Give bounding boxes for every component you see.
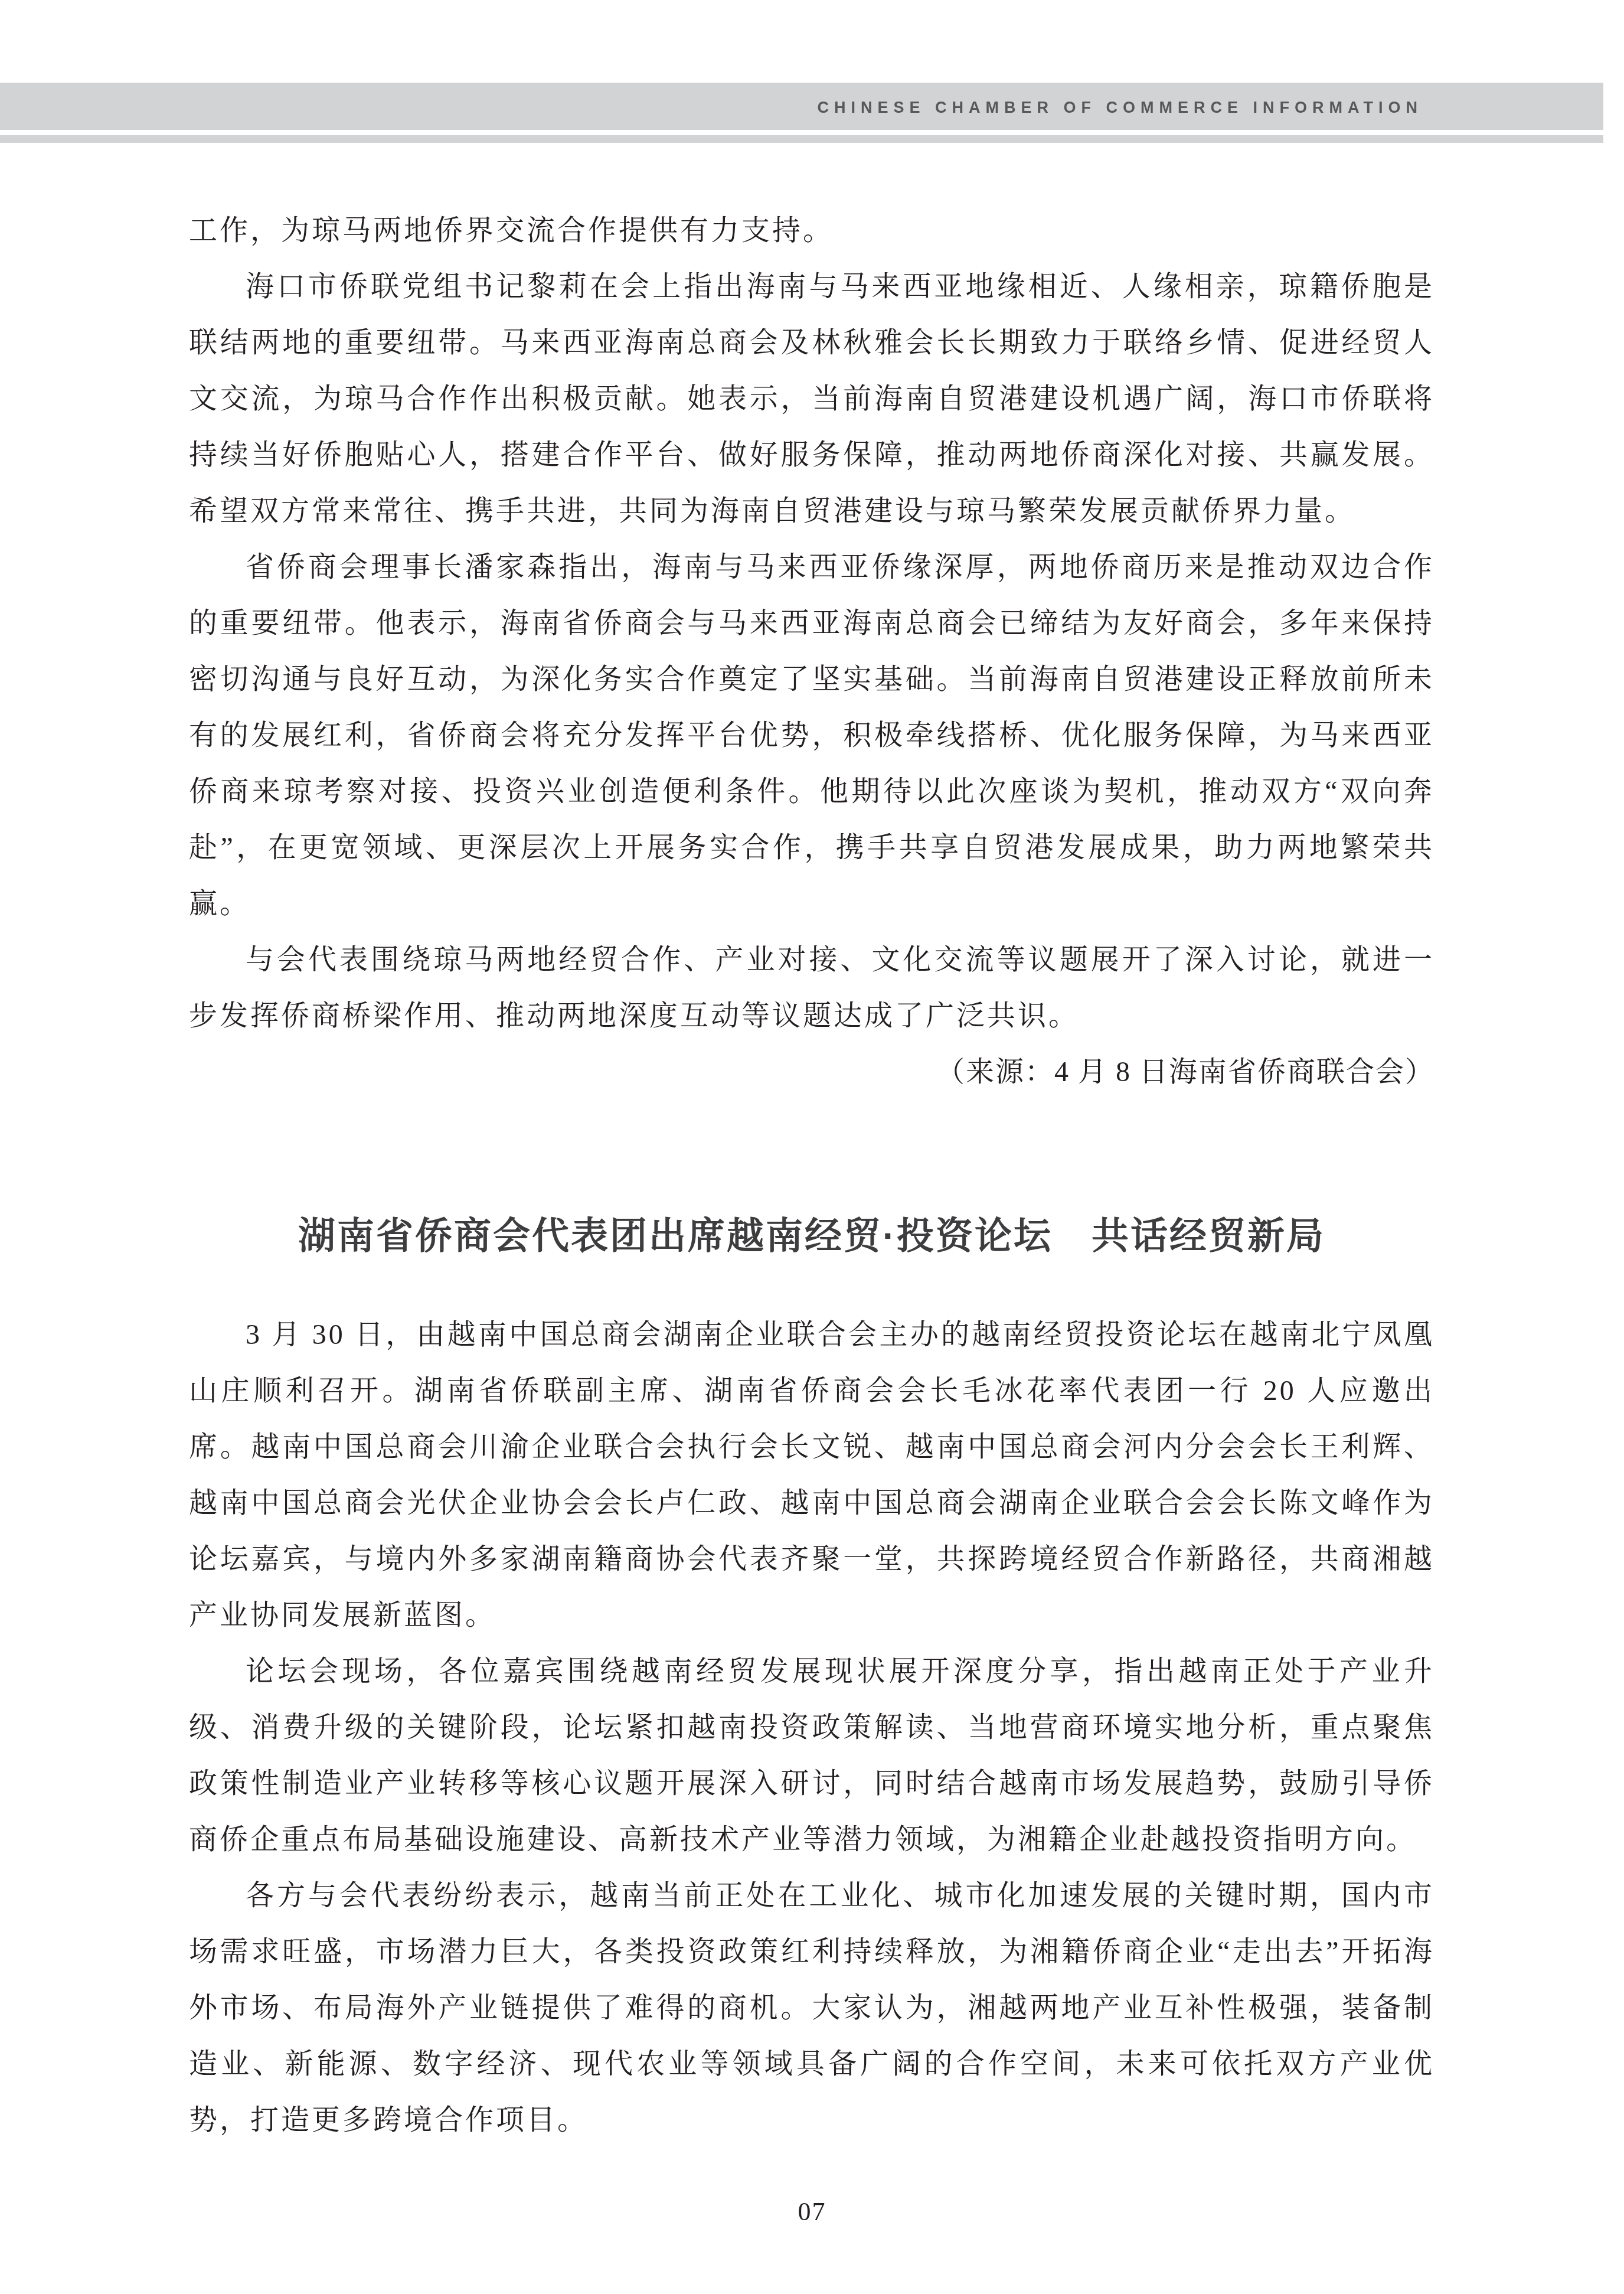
- article2-paragraph-1: 3 月 30 日，由越南中国总商会湖南企业联合会主办的越南经贸投资论坛在越南北宁…: [189, 1307, 1435, 1643]
- header-banner-bar: CHINESE CHAMBER OF COMMERCE INFORMATION: [0, 83, 1603, 130]
- article1-paragraph-2: 海口市侨联党组书记黎莉在会上指出海南与马来西亚地缘相近、人缘相亲，琼籍侨胞是联结…: [189, 259, 1435, 539]
- article1-source-line: （来源：4 月 8 日海南省侨商联合会）: [189, 1044, 1435, 1100]
- article1-paragraph-4: 与会代表围绕琼马两地经贸合作、产业对接、文化交流等议题展开了深入讨论，就进一步发…: [189, 932, 1435, 1044]
- article1-paragraph-continuation: 工作，为琼马两地侨界交流合作提供有力支持。: [189, 203, 1435, 259]
- article2-paragraph-3: 各方与会代表纷纷表示，越南当前正处在工业化、城市化加速发展的关键时期，国内市场需…: [189, 1868, 1435, 2148]
- page-content: 工作，为琼马两地侨界交流合作提供有力支持。 海口市侨联党组书记黎莉在会上指出海南…: [189, 203, 1435, 2148]
- article1-paragraph-3: 省侨商会理事长潘家森指出，海南与马来西亚侨缘深厚，两地侨商历来是推动双边合作的重…: [189, 539, 1435, 932]
- page-number: 07: [0, 2194, 1624, 2230]
- header-banner-text: CHINESE CHAMBER OF COMMERCE INFORMATION: [0, 83, 1603, 130]
- document-page: CHINESE CHAMBER OF COMMERCE INFORMATION …: [0, 0, 1624, 2294]
- article2-title: 湖南省侨商会代表团出席越南经贸·投资论坛 共话经贸新局: [189, 1212, 1435, 1259]
- header-banner-strip: [0, 135, 1603, 143]
- article2-paragraph-2: 论坛会现场，各位嘉宾围绕越南经贸发展现状展开深度分享，指出越南正处于产业升级、消…: [189, 1643, 1435, 1868]
